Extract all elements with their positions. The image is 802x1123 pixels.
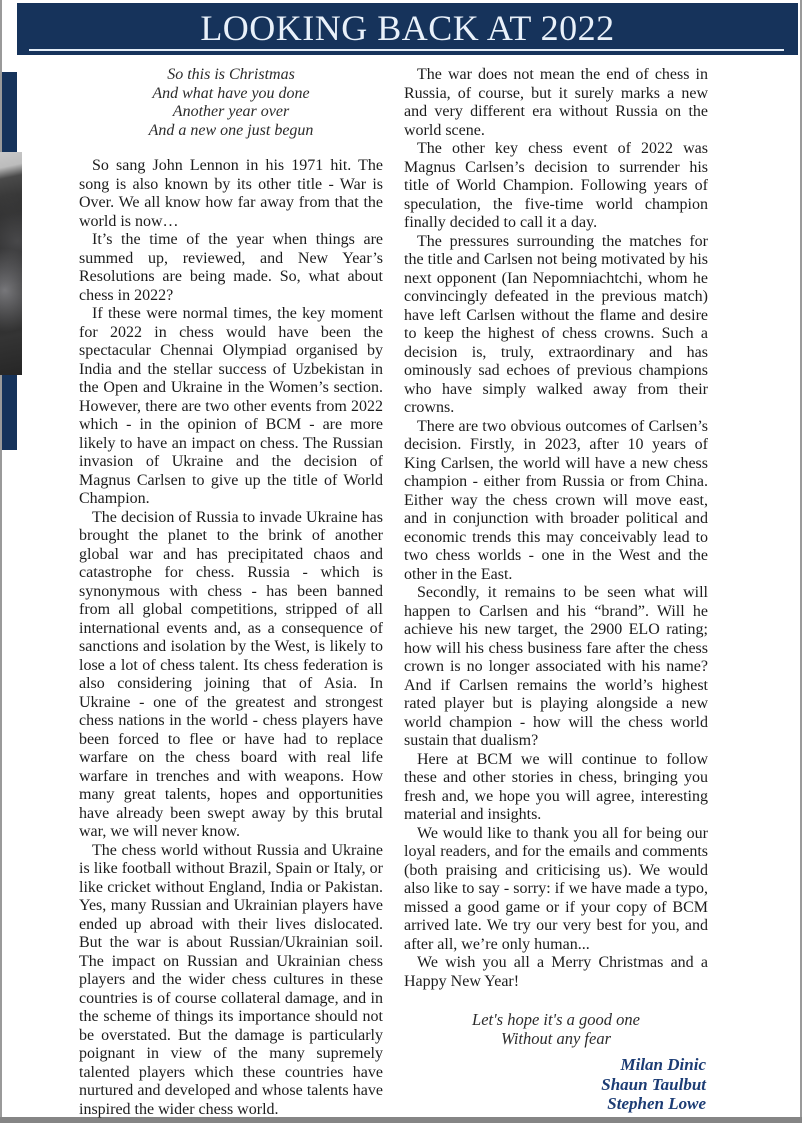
magazine-page: LOOKING BACK AT 2022 So this is Christma… (0, 0, 802, 1123)
paragraph: There are two obvious outcomes of Carlse… (404, 418, 708, 585)
paragraph: Here at BCM we will continue to follow t… (404, 751, 708, 825)
paragraph: We would like to thank you all for being… (404, 825, 708, 955)
closing-quote: Let's hope it's a good one Without any f… (404, 1010, 708, 1048)
signature-name: Stephen Lowe (404, 1094, 706, 1114)
paragraph: The chess world without Russia and Ukrai… (79, 842, 383, 1120)
paragraph: The decision of Russia to invade Ukraine… (79, 509, 383, 842)
signature-name: Milan Dinic (404, 1055, 706, 1075)
page-header-banner: LOOKING BACK AT 2022 (17, 3, 798, 55)
page-title: LOOKING BACK AT 2022 (17, 7, 798, 49)
quote-line: And a new one just begun (79, 122, 383, 141)
paragraph: The war does not mean the end of chess i… (404, 66, 708, 140)
paragraph: Secondly, it remains to be seen what wil… (404, 584, 708, 751)
quote-line: Another year over (79, 103, 383, 122)
right-column: The war does not mean the end of chess i… (404, 66, 708, 1114)
paragraph: If these were normal times, the key mome… (79, 305, 383, 509)
paragraph: The pressures surrounding the matches fo… (404, 233, 708, 418)
quote-line: Let's hope it's a good one (404, 1010, 708, 1029)
header-underline (29, 49, 784, 51)
photo-fragment (0, 152, 22, 375)
quote-line: Without any fear (404, 1029, 708, 1048)
opening-quote: So this is Christmas And what have you d… (79, 66, 383, 140)
signature-name: Shaun Taulbut (404, 1075, 706, 1095)
left-column: So this is Christmas And what have you d… (79, 66, 383, 1119)
paragraph: It’s the time of the year when things ar… (79, 231, 383, 305)
paragraph: The other key chess event of 2022 was Ma… (404, 140, 708, 233)
quote-line: And what have you done (79, 85, 383, 104)
paragraph: We wish you all a Merry Christmas and a … (404, 954, 708, 991)
paragraph: So sang John Lennon in his 1971 hit. The… (79, 157, 383, 231)
signatures: Milan Dinic Shaun Taulbut Stephen Lowe (404, 1055, 708, 1114)
quote-line: So this is Christmas (79, 66, 383, 85)
